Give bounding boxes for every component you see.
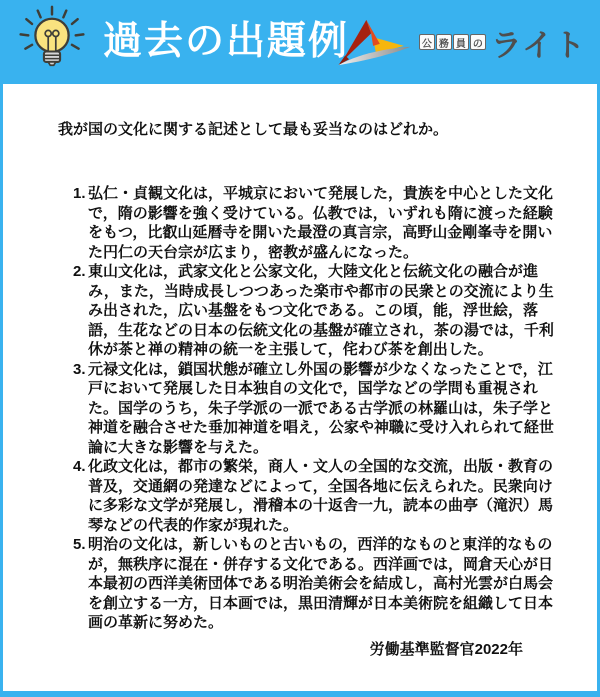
option-text: 元禄文化は，鎖国状態が確立し外国の影響が少なくなったことで，江戸において発展した… xyxy=(88,360,562,458)
logo-prefix-char: の xyxy=(470,34,486,50)
option-number: 3. xyxy=(73,360,88,458)
brand-logo: 公 務 員 の ライト xyxy=(336,16,586,68)
question-text: 我が国の文化に関する記述として最も妥当なのはどれか。 xyxy=(58,120,448,140)
page-title: 過去の出題例 xyxy=(103,19,349,65)
option-row: 4. 化政文化は，都市の繁栄，商人・文人の全国的な交流，出版・教育の普及，交通網… xyxy=(73,457,562,535)
option-row: 1. 弘仁・貞観文化は，平城京において発展した，貴族を中心とした文化で，隋の影響… xyxy=(73,184,562,262)
option-row: 5. 明治の文化は，新しいものと古いもの，西洋的なものと東洋的なものが，無秩序に… xyxy=(73,535,562,633)
logo-prefix-char: 務 xyxy=(436,34,452,50)
logo-prefix-char: 員 xyxy=(453,34,469,50)
header-bar: 過去の出題例 公 務 員 の ライ xyxy=(0,0,600,84)
option-text: 化政文化は，都市の繁栄，商人・文人の全国的な交流，出版・教育の普及，交通網の発達… xyxy=(88,457,562,535)
quiz-slide: 過去の出題例 公 務 員 の ライ xyxy=(0,0,600,697)
option-row: 3. 元禄文化は，鎖国状態が確立し外国の影響が少なくなったことで，江戸において発… xyxy=(73,360,562,458)
lightbulb-icon xyxy=(14,4,90,80)
option-number: 5. xyxy=(73,535,88,633)
option-text: 明治の文化は，新しいものと古いもの，西洋的なものと東洋的なものが，無秩序に混在・… xyxy=(88,535,562,633)
option-number: 4. xyxy=(73,457,88,535)
source-label: 労働基準監督官2022年 xyxy=(370,640,523,659)
option-text: 東山文化は，武家文化と公家文化，大陸文化と伝統文化の融合が進み，また，当時成長し… xyxy=(88,262,562,360)
option-number: 2. xyxy=(73,262,88,360)
options-list: 1. 弘仁・貞観文化は，平城京において発展した，貴族を中心とした文化で，隋の影響… xyxy=(73,184,562,633)
option-text: 弘仁・貞観文化は，平城京において発展した，貴族を中心とした文化で，隋の影響を強く… xyxy=(88,184,562,262)
option-row: 2. 東山文化は，武家文化と公家文化，大陸文化と伝統文化の融合が進み，また，当時… xyxy=(73,262,562,360)
option-number: 1. xyxy=(73,184,88,262)
paper-plane-icon xyxy=(336,17,414,67)
question-card: 我が国の文化に関する記述として最も妥当なのはどれか。 1. 弘仁・貞観文化は，平… xyxy=(3,84,597,691)
logo-prefix: 公 務 員 の xyxy=(419,34,486,50)
logo-name: ライト xyxy=(491,20,586,65)
logo-prefix-char: 公 xyxy=(419,34,435,50)
